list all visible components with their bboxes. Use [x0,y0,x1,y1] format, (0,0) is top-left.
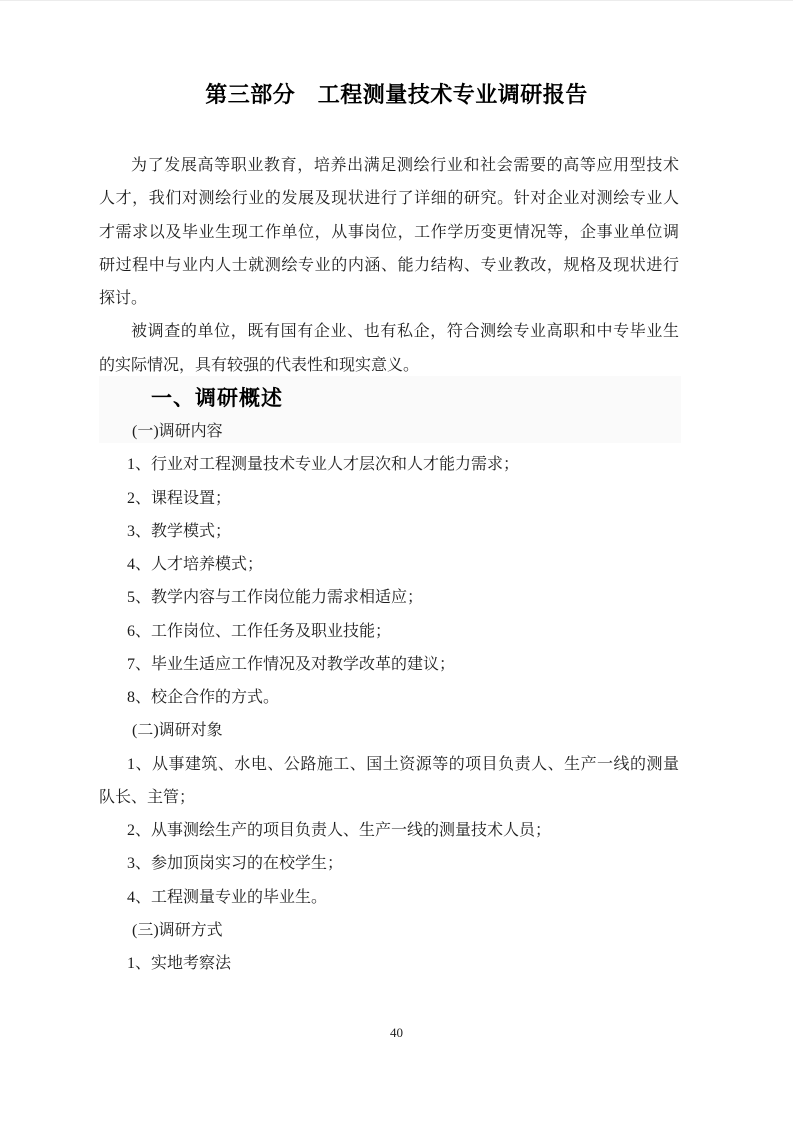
text-column: 为了发展高等职业教育，培养出满足测绘行业和社会需要的高等应用型技术 人才，我们对… [99,149,679,980]
paragraph-line: 的实际情况，具有较强的代表性和现实意义。 [99,349,679,382]
subsection-label: (一)调研内容 [99,415,679,448]
paragraph-line: 探讨。 [99,282,679,315]
subsection-label: (三)调研方式 [99,914,679,947]
list-item: 2、课程设置； [99,482,679,515]
page-number: 40 [0,1025,793,1041]
list-item: 4、人才培养模式； [99,548,679,581]
list-item: 7、毕业生适应工作情况及对教学改革的建议； [99,648,679,681]
list-item: 2、从事测绘生产的项目负责人、生产一线的测量技术人员； [99,814,679,847]
list-item: 1、行业对工程测量技术专业人才层次和人才能力需求； [99,448,679,481]
paragraph-line: 被调查的单位，既有国有企业、也有私企，符合测绘专业高职和中专毕业生 [99,315,679,348]
list-item-continuation: 队长、主管； [99,781,679,814]
list-item: 6、工作岗位、工作任务及职业技能； [99,615,679,648]
list-item: 8、校企合作的方式。 [99,681,679,714]
list-item: 1、实地考察法 [99,947,679,980]
document-title: 第三部分 工程测量技术专业调研报告 [0,81,793,109]
document-page: 第三部分 工程测量技术专业调研报告 为了发展高等职业教育，培养出满足测绘行业和社… [0,0,793,1123]
list-item: 5、教学内容与工作岗位能力需求相适应； [99,581,679,614]
subsection-label: (二)调研对象 [99,714,679,747]
section-heading: 一、调研概述 [99,382,679,415]
list-item: 4、工程测量专业的毕业生。 [99,881,679,914]
paragraph-line: 研过程中与业内人士就测绘专业的内涵、能力结构、专业教改，规格及现状进行 [99,249,679,282]
paragraph-line: 为了发展高等职业教育，培养出满足测绘行业和社会需要的高等应用型技术 [99,149,679,182]
paragraph-line: 才需求以及毕业生现工作单位，从事岗位，工作学历变更情况等，企事业单位调 [99,216,679,249]
list-item: 3、参加顶岗实习的在校学生； [99,847,679,880]
list-item: 1、从事建筑、水电、公路施工、国土资源等的项目负责人、生产一线的测量 [99,748,679,781]
paragraph-line: 人才，我们对测绘行业的发展及现状进行了详细的研究。针对企业对测绘专业人 [99,182,679,215]
section-heading-band: 一、调研概述 (一)调研内容 [99,382,679,449]
list-item: 3、教学模式； [99,515,679,548]
